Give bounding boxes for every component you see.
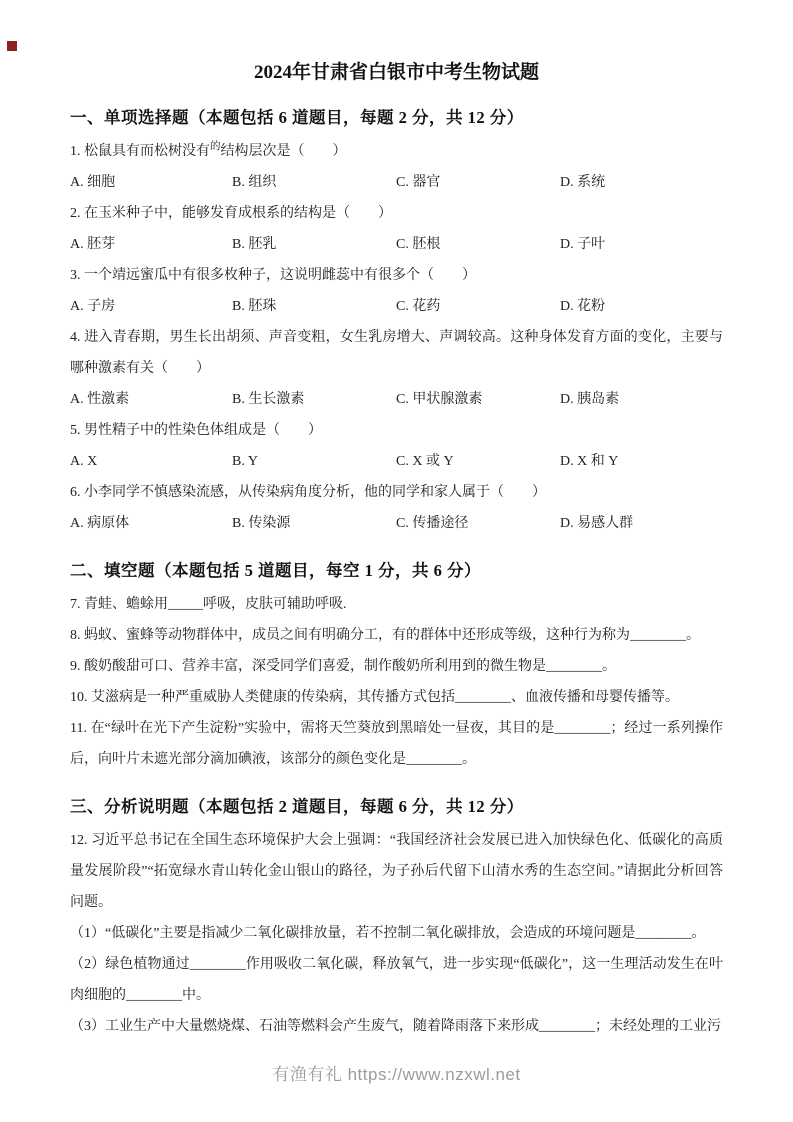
question-4-options: A. 性激素 B. 生长激素 C. 甲状腺激素 D. 胰岛素 [70, 384, 723, 415]
option-d: D. 易感人群 [560, 508, 723, 539]
option-c: C. 器官 [396, 167, 560, 198]
question-5-options: A. X B. Y C. X 或 Y D. X 和 Y [70, 446, 723, 477]
question-2: 2. 在玉米种子中，能够发育成根系的结构是（ ） [70, 198, 723, 229]
option-c: C. 花药 [396, 291, 560, 322]
question-3-options: A. 子房 B. 胚珠 C. 花药 D. 花粉 [70, 291, 723, 322]
option-a: A. 子房 [70, 291, 232, 322]
option-d: D. 子叶 [560, 229, 723, 260]
question-6-options: A. 病原体 B. 传染源 C. 传播途径 D. 易感人群 [70, 508, 723, 539]
option-b: B. 组织 [232, 167, 396, 198]
question-9: 9. 酸奶酸甜可口、营养丰富，深受同学们喜爱，制作酸奶所利用到的微生物是____… [70, 651, 723, 682]
option-b: B. Y [232, 446, 396, 477]
option-b: B. 生长激素 [232, 384, 396, 415]
question-1-pre: 1. 松鼠具有而松树没有 [70, 144, 210, 159]
question-4: 4. 进入青春期，男生长出胡须、声音变粗，女生乳房增大、声调较高。这种身体发育方… [70, 322, 723, 384]
question-7: 7. 青蛙、蟾蜍用_____呼吸，皮肤可辅助呼吸. [70, 589, 723, 620]
question-11: 11. 在“绿叶在光下产生淀粉”实验中，需将天竺葵放到黑暗处一昼夜，其目的是__… [70, 713, 723, 775]
option-d: D. 系统 [560, 167, 723, 198]
exam-content: 2024年甘肃省白银市中考生物试题 一、单项选择题（本题包括 6 道题目，每题 … [0, 0, 793, 1042]
option-b: B. 胚珠 [232, 291, 396, 322]
option-c: C. 甲状腺激素 [396, 384, 560, 415]
question-3: 3. 一个靖远蜜瓜中有很多枚种子，这说明雌蕊中有很多个（ ） [70, 260, 723, 291]
option-d: D. 花粉 [560, 291, 723, 322]
page-title: 2024年甘肃省白银市中考生物试题 [70, 60, 723, 86]
corner-marker [7, 41, 17, 51]
option-b: B. 传染源 [232, 508, 396, 539]
option-a: A. 性激素 [70, 384, 232, 415]
question-6: 6. 小李同学不慎感染流感，从传染病角度分析，他的同学和家人属于（ ） [70, 477, 723, 508]
question-12-sub-2: （2）绿色植物通过________作用吸收二氧化碳，释放氧气，进一步实现“低碳化… [70, 949, 723, 1011]
section-1-heading: 一、单项选择题（本题包括 6 道题目，每题 2 分，共 12 分） [70, 100, 723, 136]
question-2-options: A. 胚芽 B. 胚乳 C. 胚根 D. 子叶 [70, 229, 723, 260]
option-d: D. 胰岛素 [560, 384, 723, 415]
question-1: 1. 松鼠具有而松树没有的结构层次是（ ） [70, 136, 723, 167]
question-1-post: 结构层次是（ ） [221, 144, 347, 159]
exam-page: 2024年甘肃省白银市中考生物试题 一、单项选择题（本题包括 6 道题目，每题 … [0, 0, 793, 1122]
question-12-sub-3: （3）工业生产中大量燃烧煤、石油等燃料会产生废气，随着降雨落下来形成______… [70, 1011, 723, 1042]
option-b: B. 胚乳 [232, 229, 396, 260]
option-a: A. 细胞 [70, 167, 232, 198]
option-d: D. X 和 Y [560, 446, 723, 477]
option-c: C. X 或 Y [396, 446, 560, 477]
question-8: 8. 蚂蚁、蜜蜂等动物群体中，成员之间有明确分工，有的群体中还形成等级，这种行为… [70, 620, 723, 651]
question-1-options: A. 细胞 B. 组织 C. 器官 D. 系统 [70, 167, 723, 198]
option-a: A. 胚芽 [70, 229, 232, 260]
option-c: C. 胚根 [396, 229, 560, 260]
question-10: 10. 艾滋病是一种严重威胁人类健康的传染病，其传播方式包括________、血… [70, 682, 723, 713]
watermark-footer: 有渔有礼 https://www.nzxwl.net [0, 1060, 793, 1085]
question-5: 5. 男性精子中的性染色体组成是（ ） [70, 415, 723, 446]
question-1-superscript: 的 [210, 141, 221, 152]
section-3-heading: 三、分析说明题（本题包括 2 道题目，每题 6 分，共 12 分） [70, 789, 723, 825]
section-2-heading: 二、填空题（本题包括 5 道题目，每空 1 分，共 6 分） [70, 553, 723, 589]
option-a: A. 病原体 [70, 508, 232, 539]
option-a: A. X [70, 446, 232, 477]
question-12-sub-1: （1）“低碳化”主要是指减少二氧化碳排放量，若不控制二氧化碳排放，会造成的环境问… [70, 918, 723, 949]
question-12-intro: 12. 习近平总书记在全国生态环境保护大会上强调：“我国经济社会发展已进入加快绿… [70, 825, 723, 918]
option-c: C. 传播途径 [396, 508, 560, 539]
